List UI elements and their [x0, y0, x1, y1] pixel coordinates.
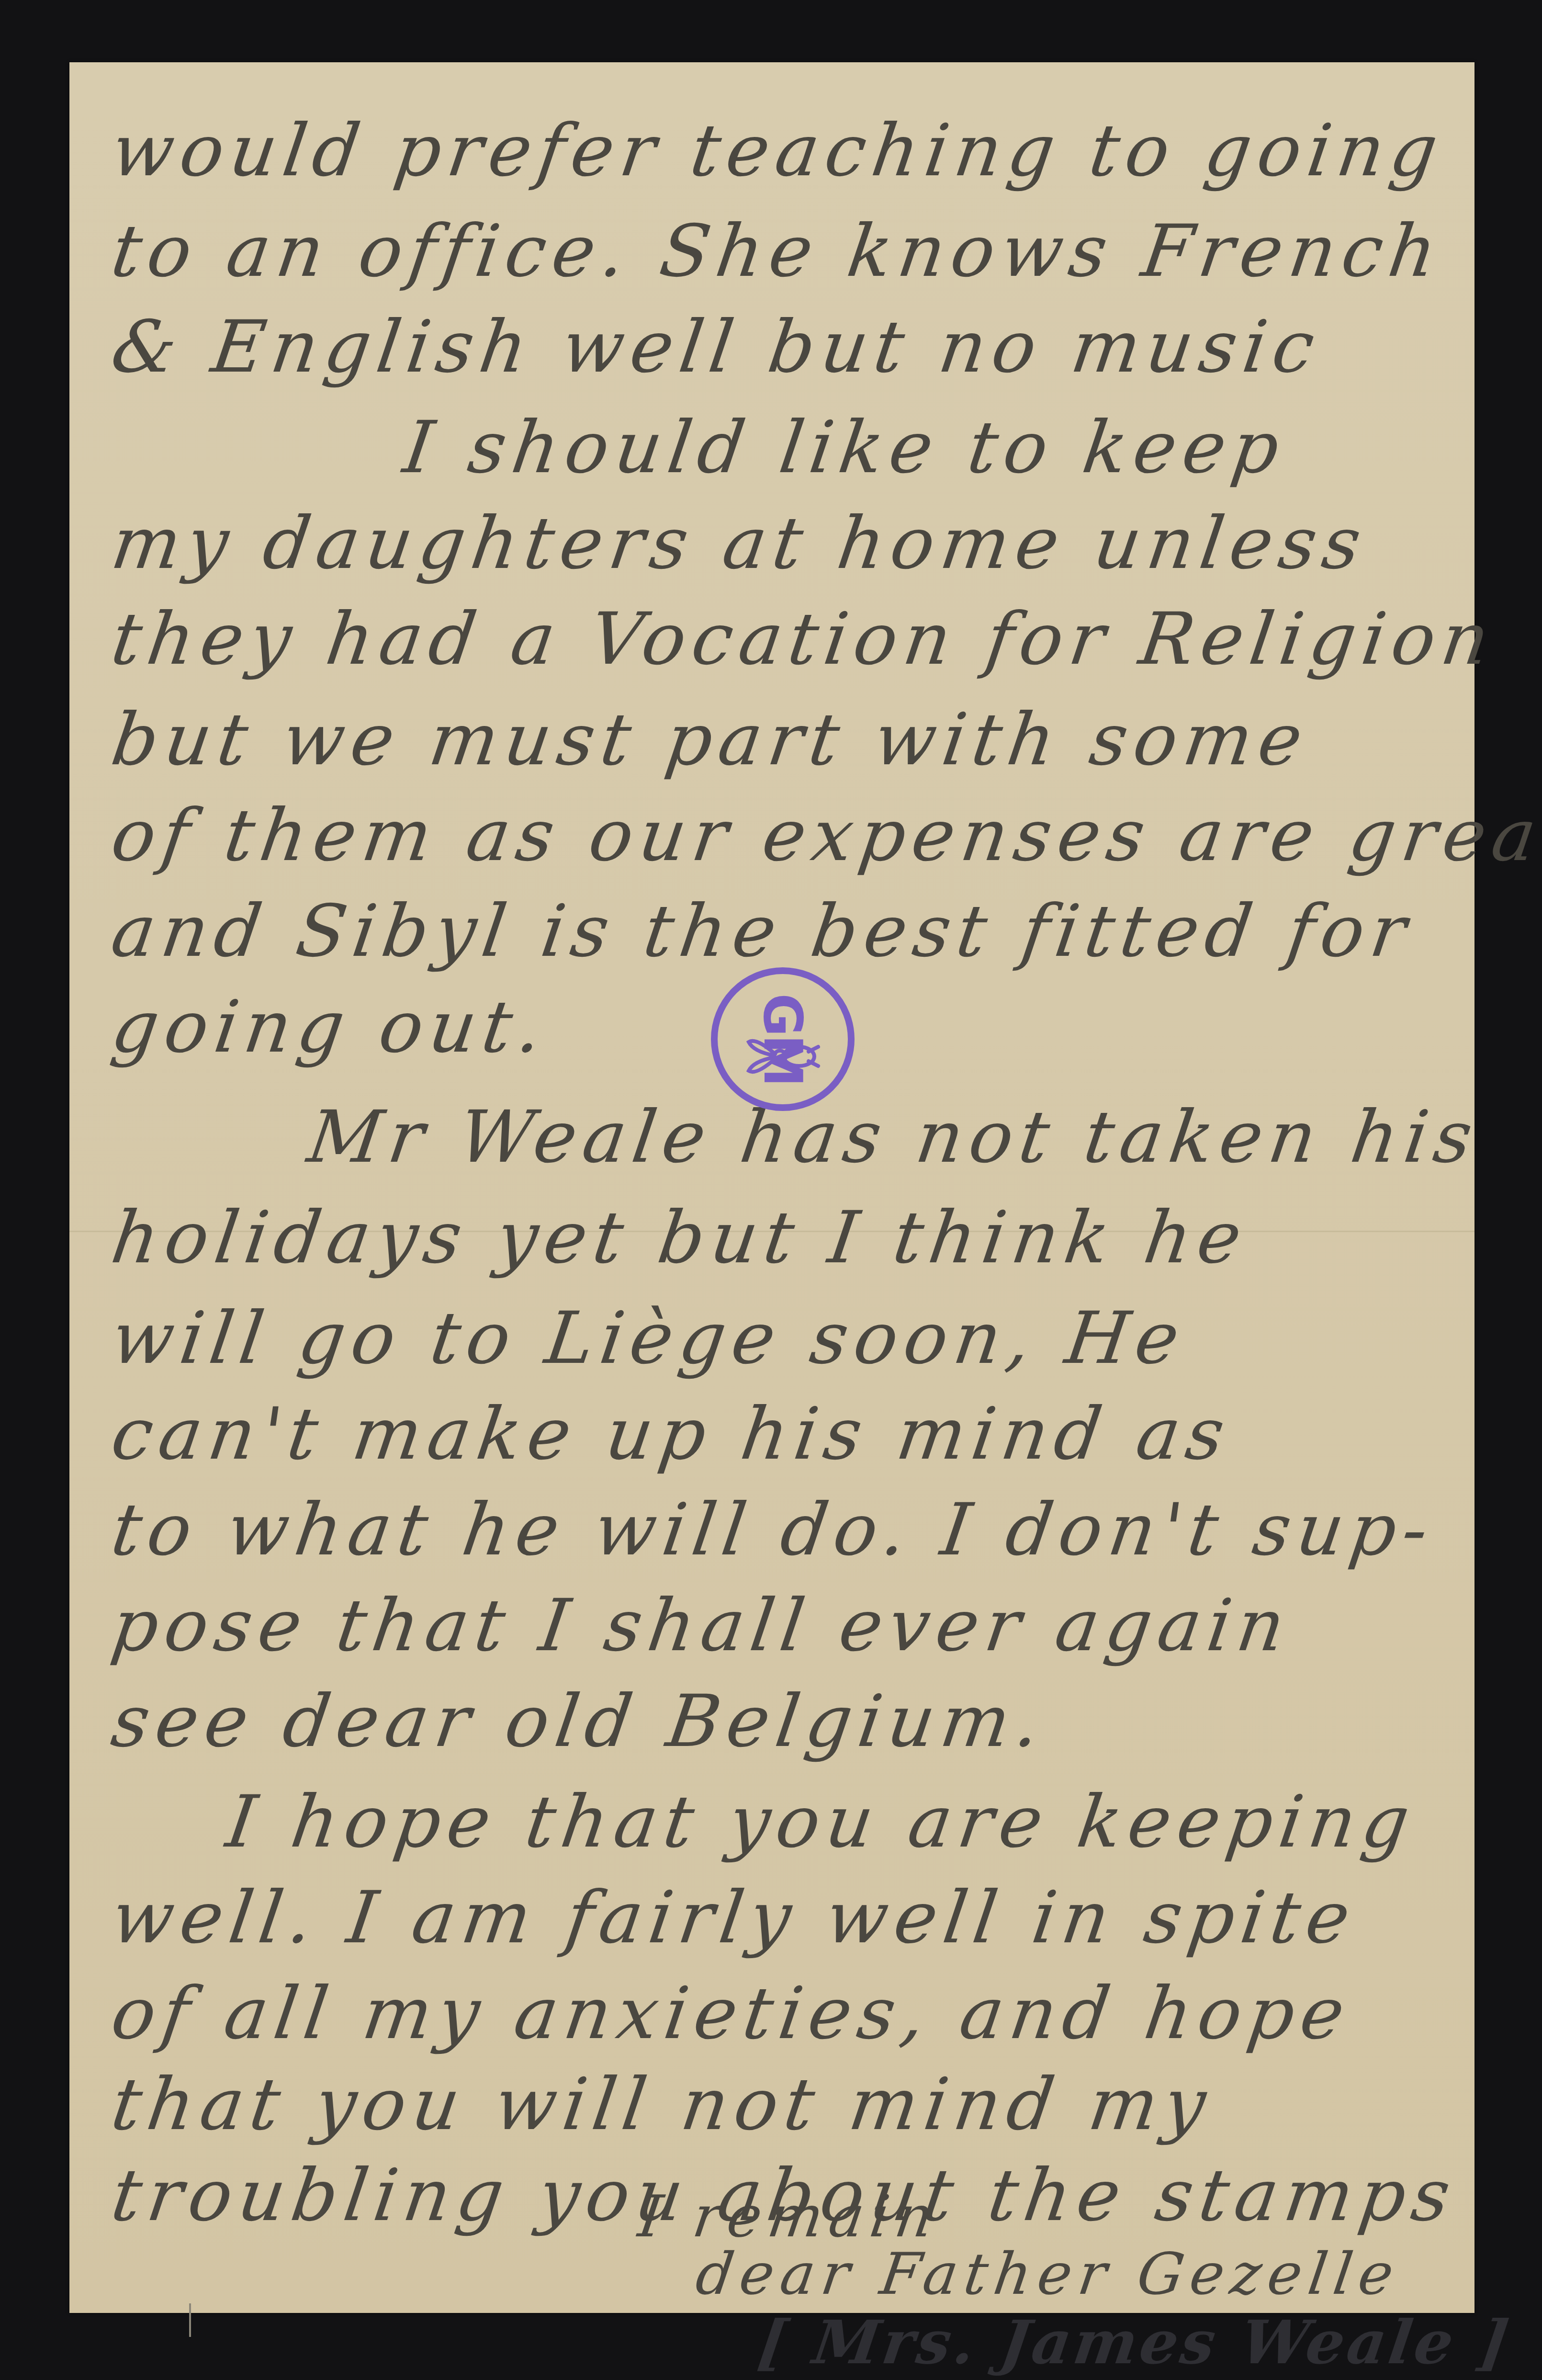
letter-line: holidays yet but I think he	[107, 1202, 1252, 1274]
stamp-monogram: GM	[752, 993, 813, 1085]
letter-line: and Sibyl is the best fitted for	[107, 895, 1417, 967]
salutation: dear Father Gezelle	[693, 2246, 1404, 2303]
letter-line: see dear old Belgium.	[107, 1686, 1050, 1757]
gm-stamp: GM	[711, 967, 855, 1111]
letter-line: pose that I shall ever again	[107, 1590, 1295, 1662]
attribution: [ Mrs. James Weale ]	[754, 2313, 1515, 2373]
letter-line: well. I am fairly well in spite	[107, 1882, 1361, 1954]
letter-line: going out.	[107, 991, 553, 1063]
letter-line: can't make up his mind as	[107, 1398, 1235, 1470]
letter-line: that you will not mind my	[107, 2069, 1216, 2141]
letter-line: of all my anxieties, and hope	[107, 1978, 1355, 2050]
letter-page: would prefer teaching to going to an off…	[69, 62, 1474, 2313]
letter-line: to an office. She knows French	[107, 215, 1447, 287]
letter-line: & English well but no music	[107, 311, 1325, 383]
margin-mark	[189, 2303, 191, 2337]
closing: I remain	[635, 2188, 944, 2246]
letter-line: to what he will do. I don't sup-	[107, 1494, 1439, 1566]
letter-line: Mr Weale has not taken his	[304, 1101, 1483, 1173]
letter-line: will go to Liège soon, He	[107, 1303, 1190, 1374]
letter-line: would prefer teaching to going	[107, 115, 1448, 187]
letter-line: I should like to keep	[399, 412, 1290, 484]
letter-line: I hope that you are keeping	[222, 1786, 1420, 1858]
letter-line: but we must part with some	[107, 704, 1313, 776]
letter-line: my daughters at home unless	[107, 508, 1372, 579]
letter-line: of them as our expenses are great	[107, 800, 1542, 872]
letter-line: they had a Vocation for Religion	[107, 603, 1500, 675]
